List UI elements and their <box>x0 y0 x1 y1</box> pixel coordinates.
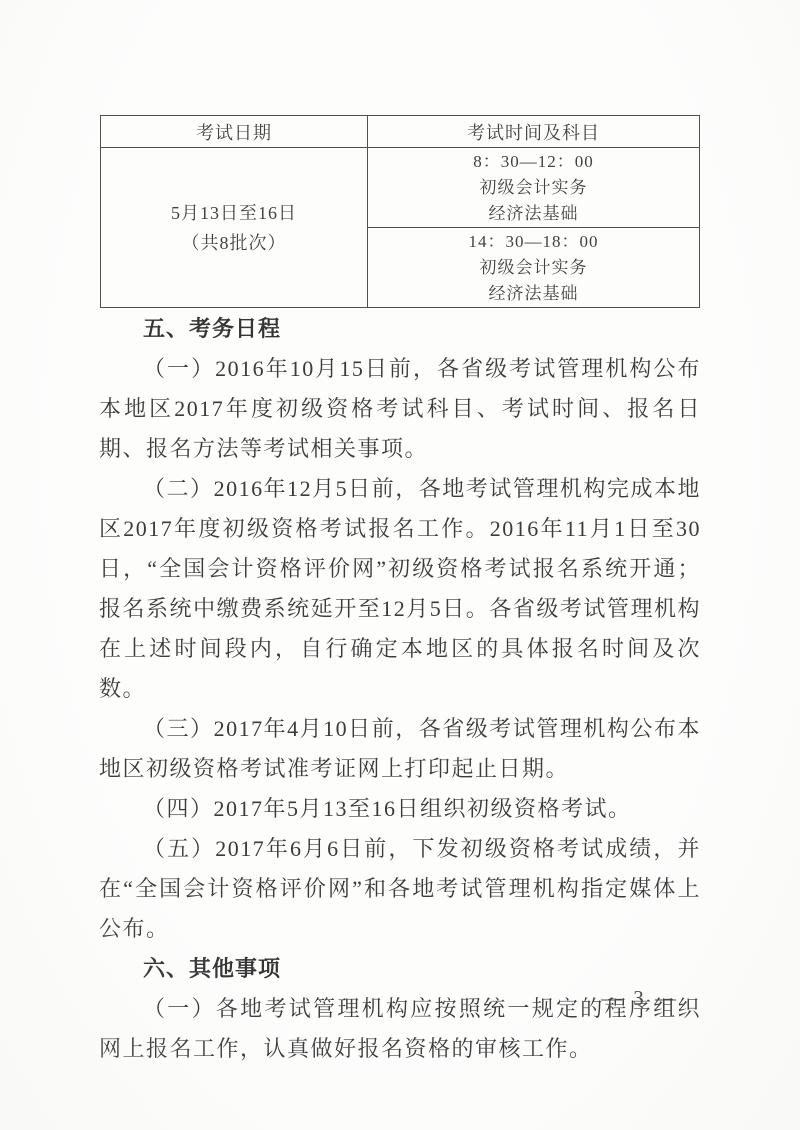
session-afternoon-subject-1: 初级会计实务 <box>368 255 699 281</box>
session-afternoon-subject-2: 经济法基础 <box>368 281 699 307</box>
section-5-paragraph-3: （三）2017年4月10日前，各省级考试管理机构公布本地区初级资格考试准考证网上… <box>99 709 701 789</box>
page-number: — 3 — <box>578 986 702 1011</box>
exam-batch-count: （共8批次） <box>101 228 367 258</box>
section-5-paragraph-2: （二）2016年12月5日前，各地考试管理机构完成本地区2017年度初级资格考试… <box>99 469 701 709</box>
table-row-morning: 5月13日至16日 （共8批次） 8：30—12：00 初级会计实务 经济法基础 <box>101 148 700 228</box>
session-morning-subject-1: 初级会计实务 <box>368 175 699 201</box>
col-header-exam-date: 考试日期 <box>101 116 368 148</box>
document-body: 五、考务日程 （一）2016年10月15日前，各省级考试管理机构公布本地区201… <box>99 309 701 1069</box>
exam-date-cell: 5月13日至16日 （共8批次） <box>101 148 368 308</box>
section-5-paragraph-4: （四）2017年5月13至16日组织初级资格考试。 <box>99 789 701 829</box>
session-morning-time: 8：30—12：00 <box>368 149 699 175</box>
session-morning-cell: 8：30—12：00 初级会计实务 经济法基础 <box>368 148 700 228</box>
section-5-paragraph-1: （一）2016年10月15日前，各省级考试管理机构公布本地区2017年度初级资格… <box>99 349 701 469</box>
section-6-heading: 六、其他事项 <box>99 949 701 989</box>
exam-date-range: 5月13日至16日 <box>101 198 367 228</box>
session-morning-subject-2: 经济法基础 <box>368 201 699 227</box>
document-page: 考试日期 考试时间及科目 5月13日至16日 （共8批次） 8：30—12：00… <box>0 0 800 1130</box>
session-afternoon-time: 14：30—18：00 <box>368 229 699 255</box>
section-5-heading: 五、考务日程 <box>99 309 701 349</box>
exam-schedule-table: 考试日期 考试时间及科目 5月13日至16日 （共8批次） 8：30—12：00… <box>100 115 700 308</box>
table-header-row: 考试日期 考试时间及科目 <box>101 116 700 148</box>
session-afternoon-cell: 14：30—18：00 初级会计实务 经济法基础 <box>368 228 700 308</box>
col-header-time-subject: 考试时间及科目 <box>368 116 700 148</box>
section-5-paragraph-5: （五）2017年6月6日前，下发初级资格考试成绩，并在“全国会计资格评价网”和各… <box>99 829 701 949</box>
